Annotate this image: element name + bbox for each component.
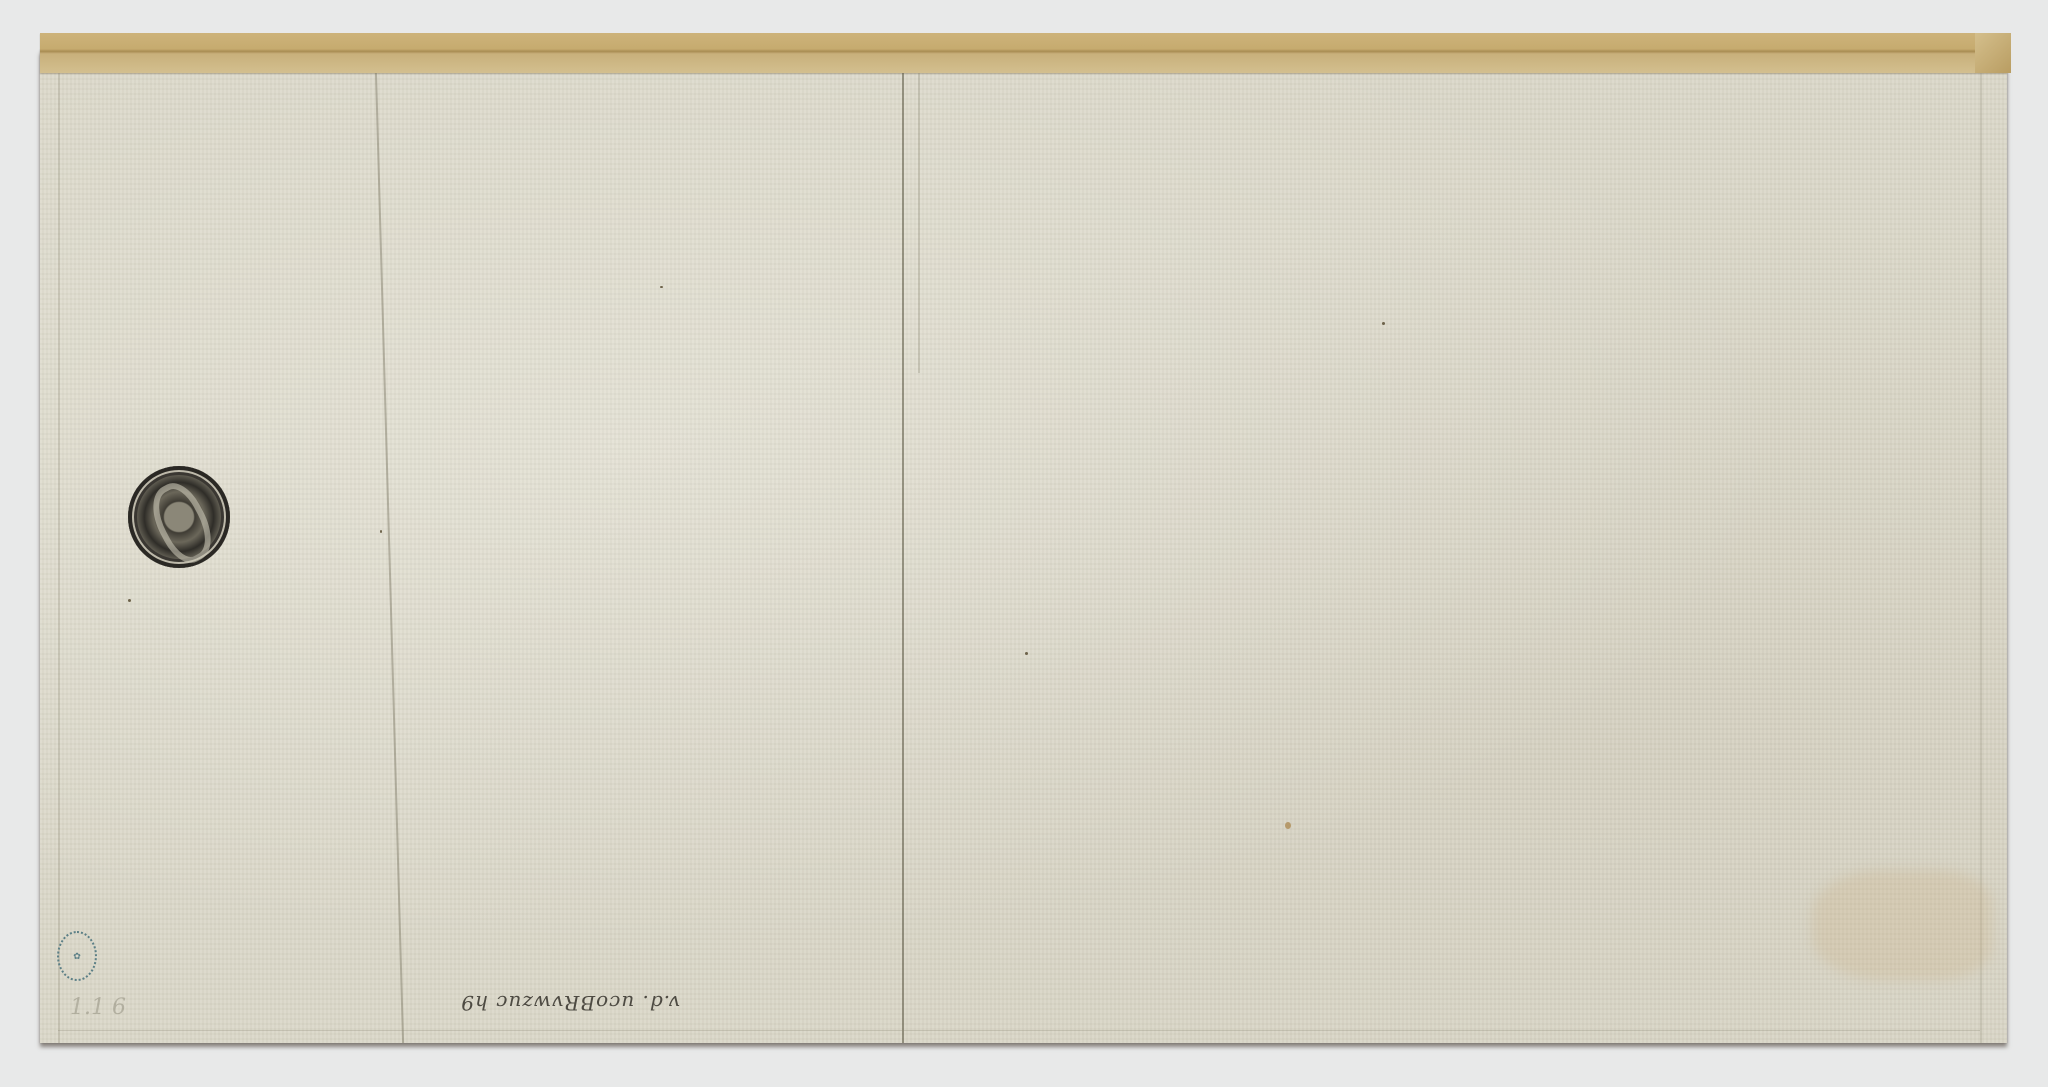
fold-line-center-faint: [918, 73, 920, 373]
collector-stamp-glyph: ✿: [73, 951, 81, 962]
foxing-spot: [660, 286, 663, 288]
fold-line-center: [902, 73, 904, 1043]
foxing-spot: [380, 530, 382, 533]
masking-tape: [40, 33, 2007, 73]
fold-line-left-edge: [58, 73, 60, 1043]
black-seal-stamp-icon: [128, 466, 230, 568]
masking-tape-end: [1975, 33, 2011, 73]
blue-collector-stamp-icon: ✿: [57, 931, 97, 981]
foxing-spot: [1382, 322, 1385, 325]
pencil-note: 1.1 6: [70, 995, 126, 1020]
foxing-spot: [128, 599, 131, 602]
foxing-spot: [1025, 652, 1028, 655]
handwritten-inscription: v.d. ucoBRvwzuc h9: [500, 985, 680, 1015]
foxing-spot: [1285, 822, 1291, 829]
bottom-margin-line: [58, 1030, 1980, 1031]
tan-stain: [1812, 870, 1992, 980]
paper-sheet: [40, 50, 2007, 1043]
